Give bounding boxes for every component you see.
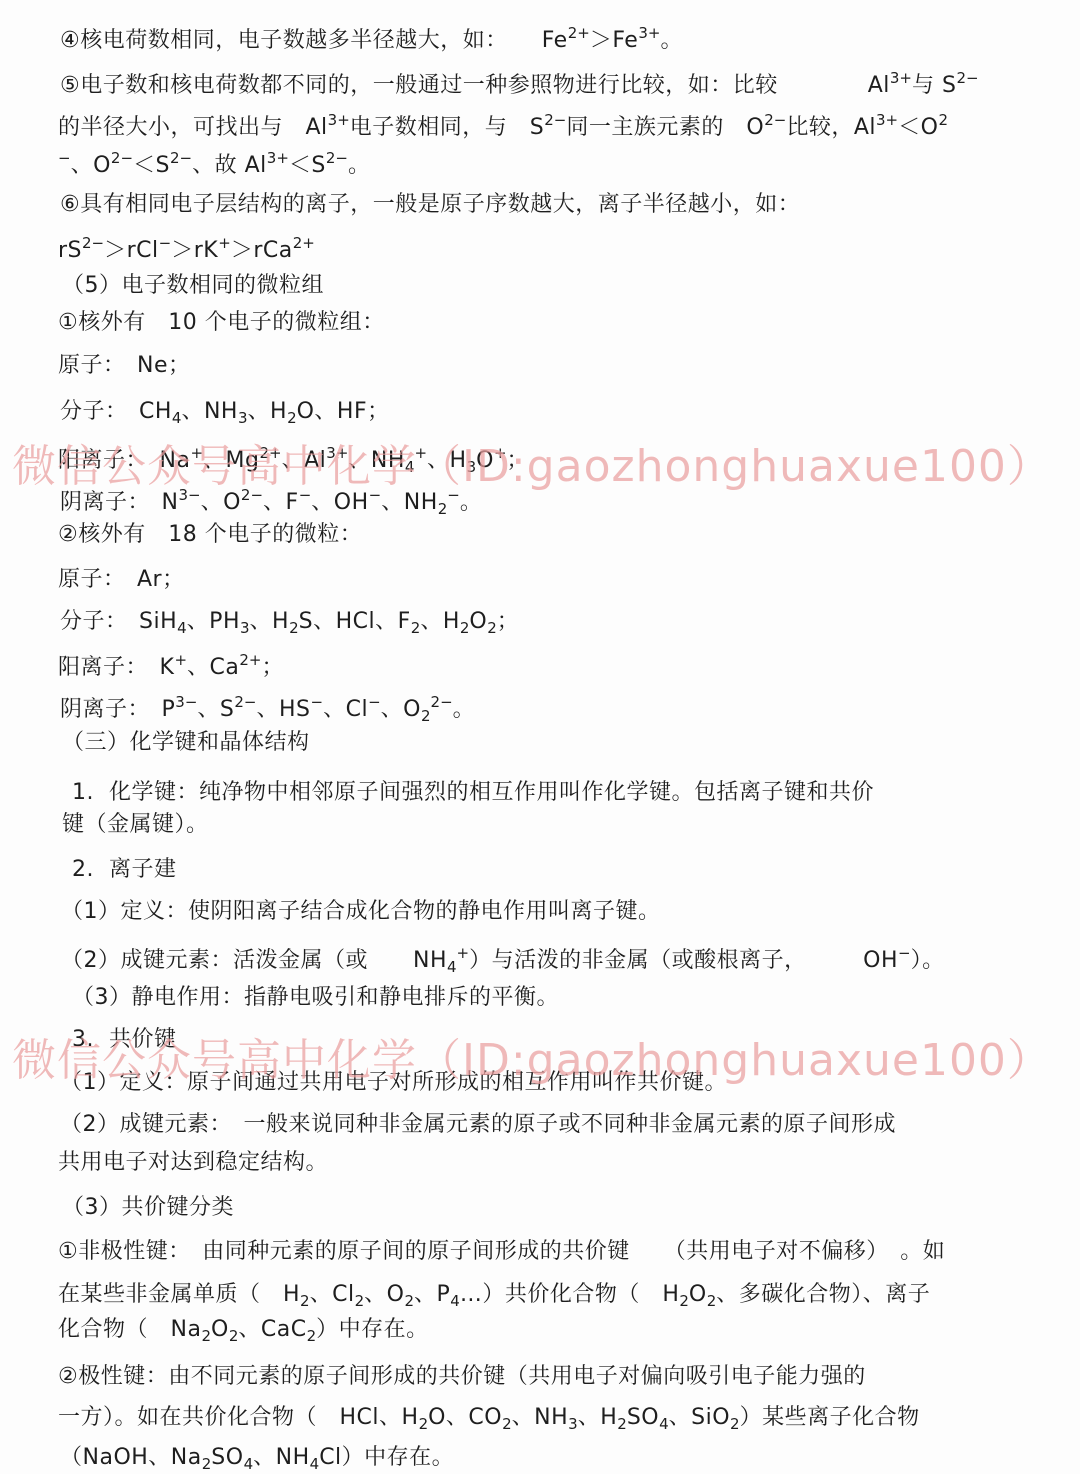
text-segment: 。	[453, 697, 476, 722]
text-line: （3）共价键分类	[62, 1192, 234, 1224]
document-page: ④核电荷数相同，电子数越多半径越大，如： Fe2+＞Fe3+。⑤电子数和核电荷数…	[0, 0, 1080, 1474]
text-segment: …）共价化合物（ H	[460, 1282, 680, 1307]
text-line: （3）静电作用：指静电吸引和静电排斥的平衡。	[72, 982, 559, 1014]
text-line: 的半径大小，可找出与 Al3+电子数相同，与 S2−同一主族元素的 O2−比较，…	[58, 104, 948, 144]
superscript: −	[369, 486, 382, 504]
text-segment: 阳离子： K	[58, 655, 174, 680]
superscript: 3+	[890, 69, 912, 87]
text-segment: 2. 离子建	[72, 857, 176, 882]
superscript: 2−	[170, 149, 192, 167]
text-line: （2）成键元素： 一般来说同种非金属元素的原子或不同种非金属元素的原子间形成	[60, 1109, 896, 1141]
text-segment: （NaOH、Na	[60, 1445, 202, 1470]
text-segment: 键（金属键）。	[62, 812, 209, 837]
text-segment: SO	[627, 1405, 659, 1430]
text-segment: 比较，Al	[786, 115, 876, 140]
subscript: 4	[177, 619, 187, 637]
text-segment: （5）电子数相同的微粒组	[62, 273, 324, 298]
subscript: 3	[467, 458, 477, 476]
text-segment: 、H	[578, 1405, 618, 1430]
text-line: （NaOH、Na2SO4、NH4Cl）中存在。	[60, 1442, 454, 1474]
text-segment: 、OH	[311, 490, 368, 515]
subscript: 4	[450, 1292, 460, 1310]
text-segment: ）与活泼的非金属（或酸根离子， OH	[469, 948, 898, 973]
text-line: 分子： CH4、NH3、H2O、HF；	[60, 396, 390, 434]
text-segment: ②核外有 18 个电子的微粒：	[58, 522, 362, 547]
text-segment: S、HCl、F	[299, 609, 411, 634]
text-segment: 、H	[427, 448, 467, 473]
text-line: 阳离子： Na+、Mg2+、Al3+、NH4+、H3O+；	[58, 437, 529, 483]
superscript: 2−	[326, 149, 348, 167]
text-line: 原子： Ne；	[58, 350, 191, 382]
text-segment: SO	[211, 1445, 243, 1470]
text-segment: ；	[261, 655, 284, 680]
text-line: （5）电子数相同的微粒组	[62, 270, 324, 302]
subscript: 2	[287, 409, 297, 427]
text-segment: O	[476, 448, 494, 473]
superscript: 3+	[638, 24, 660, 42]
text-segment: 、O	[201, 490, 241, 515]
text-segment: （三）化学键和晶体结构	[62, 730, 310, 755]
superscript: +	[414, 444, 427, 462]
text-segment: ④核电荷数相同，电子数越多半径越大，如： Fe	[60, 28, 568, 53]
text-segment: 、Ca	[187, 655, 239, 680]
superscript: 2−	[764, 111, 786, 129]
subscript: 2	[202, 1455, 212, 1473]
subscript: 2	[289, 619, 299, 637]
superscript: 2−	[82, 234, 104, 252]
text-line: 分子： SiH4、PH3、H2S、HCl、F2、H2O2；	[60, 606, 519, 644]
text-segment: 、PH	[187, 609, 240, 634]
text-segment: 、Al	[282, 448, 327, 473]
subscript: 2	[679, 1292, 689, 1310]
text-segment: 原子： Ne；	[58, 353, 191, 378]
text-segment: 、SiO	[669, 1405, 730, 1430]
text-segment: 、Mg	[203, 448, 259, 473]
superscript: 3+	[876, 111, 898, 129]
text-segment: O	[689, 1282, 707, 1307]
superscript: 2−	[544, 111, 566, 129]
subscript: 2	[460, 619, 470, 637]
text-segment: ）中存在。	[316, 1317, 429, 1342]
text-segment: 化合物（ Na	[58, 1317, 201, 1342]
superscript: 2+	[259, 444, 281, 462]
text-segment: 、P	[414, 1282, 450, 1307]
text-line: ⑤电子数和核电荷数都不同的，一般通过一种参照物进行比较，如：比较 Al3+与 S…	[60, 62, 979, 102]
text-segment: ）某些离子化合物	[740, 1405, 920, 1430]
superscript: −	[898, 944, 911, 962]
text-segment: 阳离子： Na	[58, 448, 190, 473]
text-segment: 阴离子： P	[60, 697, 175, 722]
text-segment: 、H	[250, 609, 290, 634]
superscript: 2−	[241, 486, 263, 504]
text-segment: 3. 共价键	[72, 1027, 176, 1052]
text-segment: 原子： Ar；	[58, 567, 185, 592]
text-segment: ＞rCl	[104, 238, 159, 263]
subscript: 3	[238, 409, 248, 427]
text-segment: 电子数相同，与 S	[350, 115, 544, 140]
subscript: 2	[419, 1415, 429, 1433]
subscript: 2	[487, 619, 497, 637]
text-segment: 、故 Al	[192, 153, 267, 178]
subscript: 2	[421, 707, 431, 725]
text-segment: 、O	[364, 1282, 404, 1307]
text-segment: （3）共价键分类	[62, 1195, 234, 1220]
text-segment: 、HS	[257, 697, 311, 722]
superscript: 2+	[568, 24, 590, 42]
text-segment: 1. 化学键：纯净物中相邻原子间强烈的相互作用叫作化学键。包括离子键和共价	[72, 780, 874, 805]
subscript: 2	[201, 1327, 211, 1345]
text-line: 原子： Ar；	[58, 564, 185, 596]
subscript: 2	[502, 1415, 512, 1433]
subscript: 2	[229, 1327, 239, 1345]
text-segment: 、H	[420, 609, 460, 634]
superscript: 3+	[267, 149, 289, 167]
superscript: 2+	[293, 234, 315, 252]
text-segment: ＜S	[133, 153, 170, 178]
text-segment: 、NH	[253, 1445, 310, 1470]
subscript: 2	[355, 1292, 365, 1310]
text-segment: 、NH	[512, 1405, 569, 1430]
text-segment: O、HF；	[297, 399, 390, 424]
text-segment: O、CO	[428, 1405, 502, 1430]
subscript: 2	[404, 1292, 414, 1310]
text-segment: 、S	[197, 697, 234, 722]
text-line: （1）定义：使阴阳离子结合成化合物的静电作用叫离子键。	[61, 896, 661, 928]
text-segment: ⑥具有相同电子层结构的离子，一般是原子序数越大，离子半径越小，如：	[60, 192, 800, 217]
text-segment: 、H	[248, 399, 288, 424]
text-segment: 、NH	[181, 399, 238, 424]
text-segment: 、Cl	[323, 697, 368, 722]
text-line: （三）化学键和晶体结构	[62, 727, 310, 759]
text-segment: （1）定义：使阴阳离子结合成化合物的静电作用叫离子键。	[61, 899, 661, 924]
subscript: 2	[617, 1415, 627, 1433]
subscript: 2	[438, 500, 448, 518]
subscript: 4	[659, 1415, 669, 1433]
text-line: （1）定义：原子间通过共用电子对所形成的相互作用叫作共价键。	[60, 1067, 727, 1099]
text-segment: （2）成键元素： 一般来说同种非金属元素的原子或不同种非金属元素的原子间形成	[60, 1112, 896, 1137]
text-segment: rS	[58, 238, 82, 263]
superscript: 2−	[431, 693, 453, 711]
text-segment: ⑤电子数和核电荷数都不同的，一般通过一种参照物进行比较，如：比较 Al	[60, 73, 890, 98]
superscript: −	[299, 486, 312, 504]
superscript: −	[159, 234, 172, 252]
text-segment: 同一主族元素的 O	[566, 115, 764, 140]
text-segment: （1）定义：原子间通过共用电子对所形成的相互作用叫作共价键。	[60, 1070, 727, 1095]
superscript: 3−	[178, 486, 200, 504]
text-line: rS2−＞rCl−＞rK+＞rCa2+	[58, 227, 315, 267]
text-segment: 、Cl	[310, 1282, 355, 1307]
text-segment: ）。	[911, 948, 945, 973]
text-line: ①非极性键： 由同种元素的原子间的原子间形成的共价键 （共用电子对不偏移） 。如	[58, 1236, 945, 1268]
text-segment: 分子： SiH	[60, 609, 177, 634]
text-line: 2. 离子建	[72, 854, 176, 886]
text-line: 阳离子： K+、Ca2+；	[58, 644, 284, 684]
text-segment: 。	[460, 490, 483, 515]
subscript: 2	[730, 1415, 740, 1433]
text-line: 一方）。如在共价化合物（ HCl、H2O、CO2、NH3、H2SO4、SiO2）…	[58, 1402, 920, 1440]
text-segment: 共用电子对达到稳定结构。	[58, 1150, 328, 1175]
text-line: ②核外有 18 个电子的微粒：	[58, 519, 362, 551]
superscript: 2	[938, 111, 948, 129]
superscript: +	[190, 444, 203, 462]
text-line: 共用电子对达到稳定结构。	[58, 1147, 328, 1179]
text-line: ⑥具有相同电子层结构的离子，一般是原子序数越大，离子半径越小，如：	[60, 189, 800, 221]
subscript: 4	[447, 958, 457, 976]
text-segment: 、F	[263, 490, 299, 515]
subscript: 2	[300, 1292, 310, 1310]
superscript: −	[311, 693, 324, 711]
text-line: 3. 共价键	[72, 1024, 176, 1056]
text-line: 在某些非金属单质（ H2、Cl2、O2、P4…）共价化合物（ H2O2、多碳化合…	[58, 1279, 930, 1317]
subscript: 2	[707, 1292, 717, 1310]
subscript: 4	[244, 1455, 254, 1473]
text-segment: Cl）中存在。	[319, 1445, 454, 1470]
text-segment: ＜S	[289, 153, 326, 178]
text-line: ④核电荷数相同，电子数越多半径越大，如： Fe2+＞Fe3+。	[60, 17, 683, 57]
text-line: （2）成键元素：活泼金属（或 NH4+）与活泼的非金属（或酸根离子， OH−）。	[61, 937, 945, 983]
text-segment: ；	[497, 609, 520, 634]
text-segment: 、O	[381, 697, 421, 722]
text-segment: 在某些非金属单质（ H	[58, 1282, 300, 1307]
subscript: 2	[307, 1327, 317, 1345]
text-line: 1. 化学键：纯净物中相邻原子间强烈的相互作用叫作化学键。包括离子键和共价	[72, 777, 874, 809]
text-segment: 、多碳化合物）、离子	[716, 1282, 930, 1307]
text-segment: ②极性键：由不同元素的原子间形成的共价键（共用电子对偏向吸引电子能力强的	[58, 1364, 866, 1389]
text-line: ②极性键：由不同元素的原子间形成的共价键（共用电子对偏向吸引电子能力强的	[58, 1361, 866, 1393]
text-segment: 分子： CH	[60, 399, 172, 424]
text-segment: O	[211, 1317, 229, 1342]
text-segment: ①非极性键： 由同种元素的原子间的原子间形成的共价键 （共用电子对不偏移） 。如	[58, 1239, 945, 1264]
text-segment: 与 S	[912, 73, 956, 98]
superscript: 3−	[175, 693, 197, 711]
superscript: 3+	[328, 111, 350, 129]
text-segment: 。	[348, 153, 371, 178]
text-segment: 阴离子： N	[60, 490, 178, 515]
superscript: 2−	[956, 69, 978, 87]
text-segment: ＞Fe	[590, 28, 639, 53]
subscript: 3	[240, 619, 250, 637]
superscript: 2−	[234, 693, 256, 711]
superscript: −	[447, 486, 460, 504]
superscript: −	[58, 149, 71, 167]
text-segment: 一方）。如在共价化合物（ HCl、H	[58, 1405, 419, 1430]
superscript: +	[457, 944, 470, 962]
text-segment: （2）成键元素：活泼金属（或 NH	[61, 948, 447, 973]
text-line: 阴离子： P3−、S2−、HS−、Cl−、O22−。	[60, 686, 475, 732]
text-segment: ①核外有 10 个电子的微粒组：	[58, 310, 385, 335]
text-segment: ＜O	[898, 115, 938, 140]
superscript: 2+	[239, 651, 261, 669]
text-segment: 、NH	[348, 448, 405, 473]
text-line: ①核外有 10 个电子的微粒组：	[58, 307, 385, 339]
superscript: +	[218, 234, 231, 252]
text-segment: 的半径大小，可找出与 Al	[58, 115, 328, 140]
superscript: 3+	[326, 444, 348, 462]
text-segment: 、O	[71, 153, 111, 178]
superscript: +	[174, 651, 187, 669]
text-line: 键（金属键）。	[62, 809, 209, 841]
text-segment: 。	[660, 28, 683, 53]
text-segment: 、NH	[381, 490, 438, 515]
text-segment: ＞rK	[171, 238, 218, 263]
text-segment: O	[469, 609, 487, 634]
text-segment: 、CaC	[238, 1317, 306, 1342]
text-segment: （3）静电作用：指静电吸引和静电排斥的平衡。	[72, 985, 559, 1010]
superscript: 2−	[111, 149, 133, 167]
text-layer: ④核电荷数相同，电子数越多半径越大，如： Fe2+＞Fe3+。⑤电子数和核电荷数…	[0, 0, 1080, 1474]
text-segment: ；	[507, 448, 530, 473]
subscript: 2	[411, 619, 421, 637]
subscript: 3	[568, 1415, 578, 1433]
superscript: −	[368, 693, 381, 711]
superscript: +	[494, 444, 507, 462]
text-segment: ＞rCa	[231, 238, 293, 263]
text-line: −、O2−＜S2−、故 Al3+＜S2−。	[58, 142, 371, 182]
text-line: 化合物（ Na2O2、CaC2）中存在。	[58, 1314, 429, 1352]
subscript: 4	[310, 1455, 320, 1473]
